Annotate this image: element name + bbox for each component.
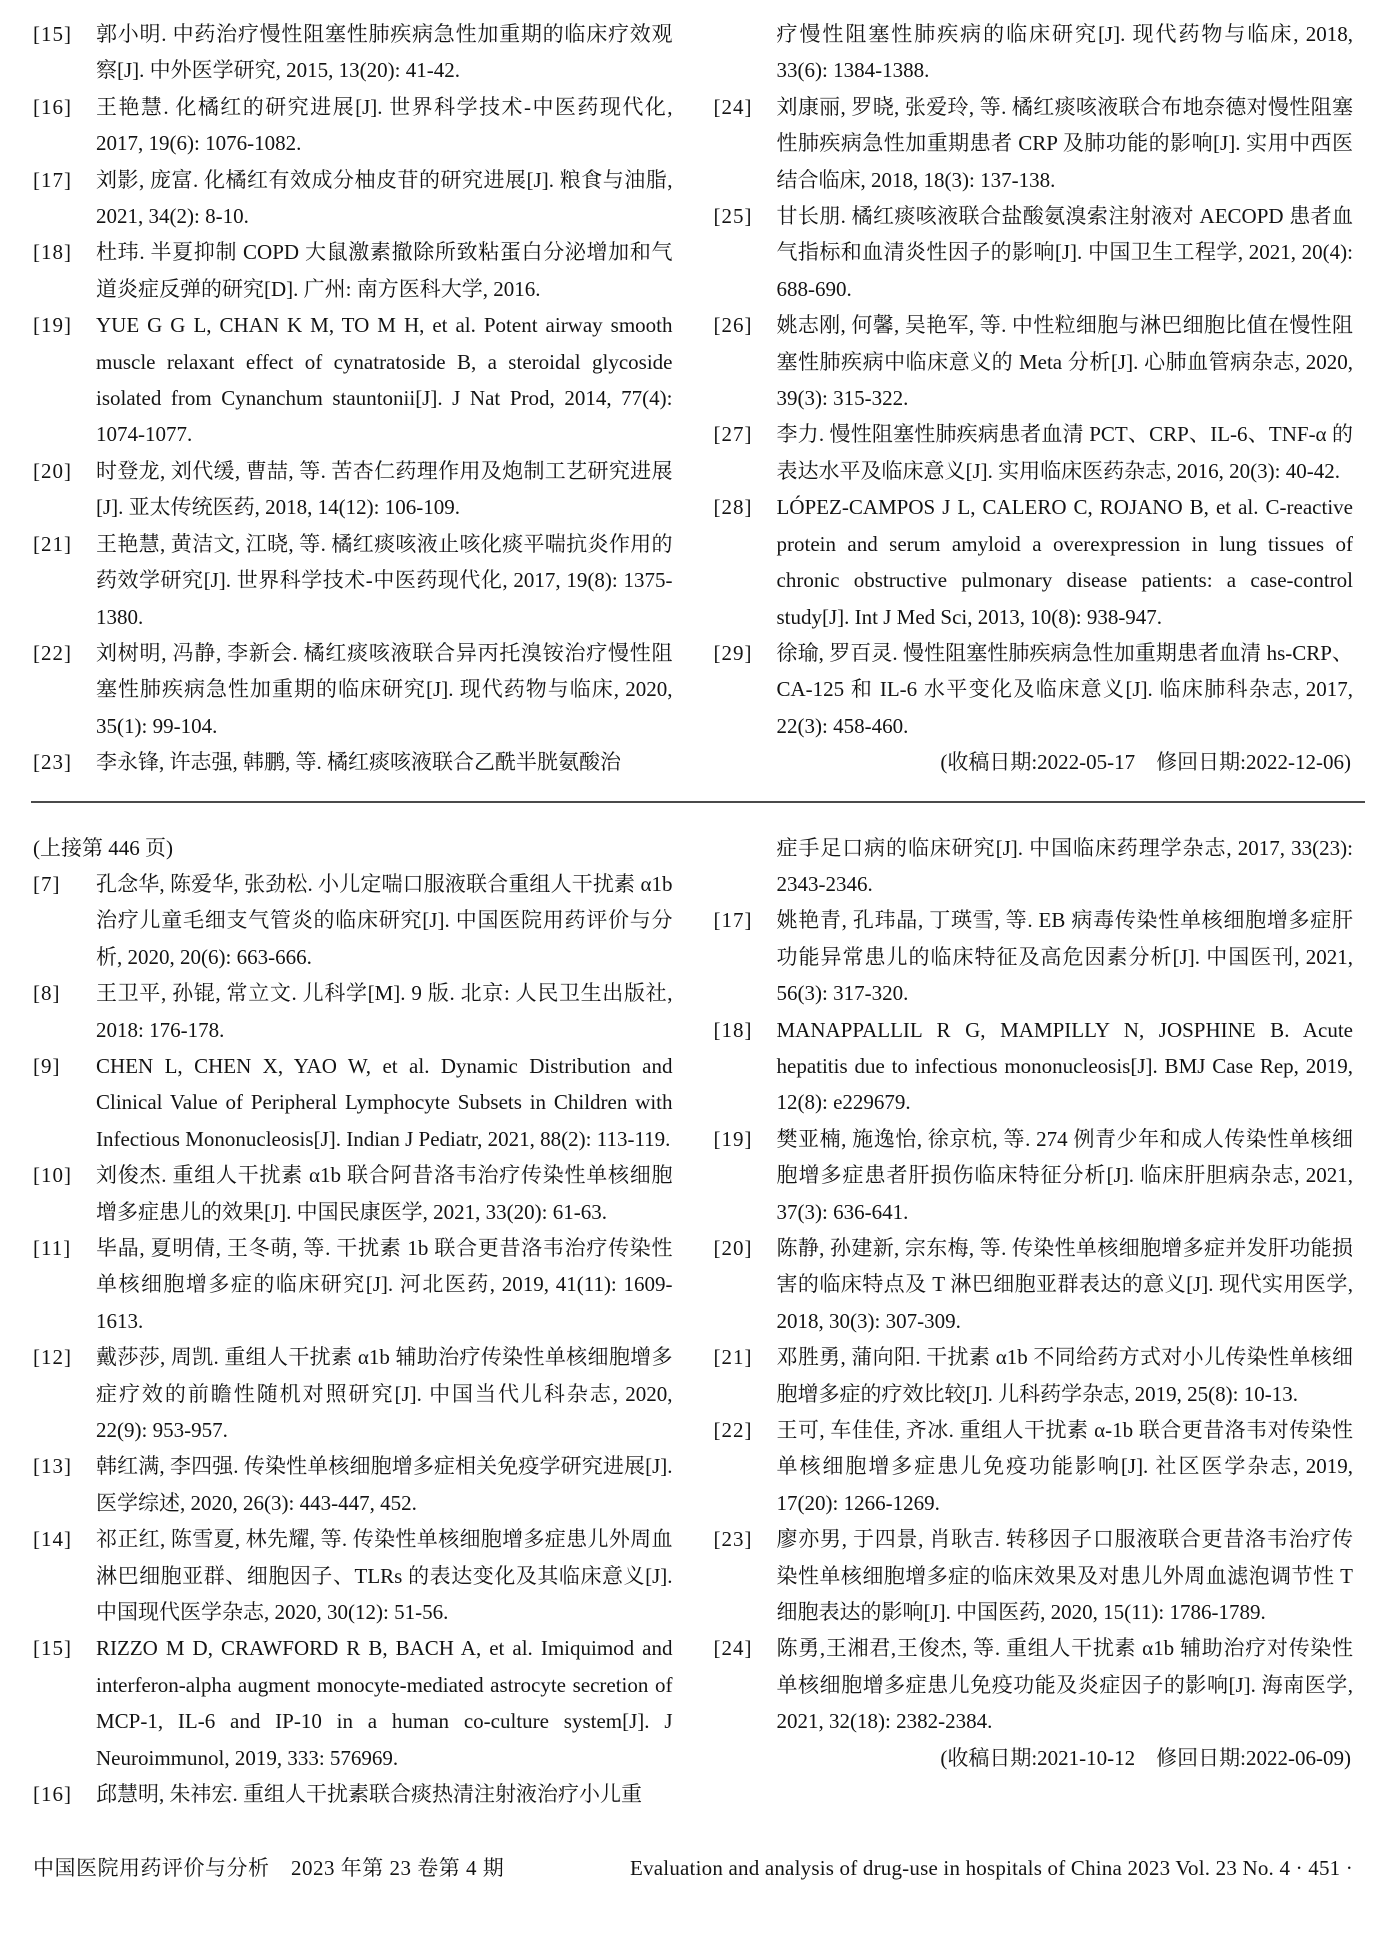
journal-page: [15] 郭小明. 中药治疗慢性阻塞性肺疾病急性加重期的临床疗效观察[J]. 中… [0, 0, 1375, 1940]
reference-number: [22] [33, 635, 72, 671]
reference-list-top-right: 疗慢性阻塞性肺疾病的临床研究[J]. 现代药物与临床, 2018, 33(6):… [714, 16, 1354, 744]
reference-number: [20] [33, 453, 72, 489]
reference-text: 邱慧明, 朱祎宏. 重组人干扰素联合痰热清注射液治疗小儿重 [96, 1782, 642, 1806]
bottom-columns: (上接第 446 页) [7] 孔念华, 陈爱华, 张劲松. 小儿定喘口服液联合… [33, 830, 1353, 1813]
reference-number: [23] [714, 1521, 753, 1557]
reference-text: 王艳慧, 黄洁文, 江晓, 等. 橘红痰咳液止咳化痰平喘抗炎作用的药效学研究[J… [96, 532, 673, 629]
reference-number: [22] [714, 1412, 753, 1448]
reference-number: [8] [33, 975, 61, 1011]
reference-number: [25] [714, 198, 753, 234]
reference-text: 疗慢性阻塞性肺疾病的临床研究[J]. 现代药物与临床, 2018, 33(6):… [777, 22, 1354, 82]
reference-item: [11] 毕晶, 夏明倩, 王冬萌, 等. 干扰素 1b 联合更昔洛韦治疗传染性… [33, 1230, 673, 1339]
reference-text: 姚志刚, 何馨, 吴艳军, 等. 中性粒细胞与淋巴细胞比值在慢性阻塞性肺疾病中临… [777, 313, 1354, 410]
reference-number: [20] [714, 1230, 753, 1266]
reference-item: [24] 刘康丽, 罗晓, 张爱玲, 等. 橘红痰咳液联合布地奈德对慢性阻塞性肺… [714, 89, 1354, 198]
reference-item: [21] 王艳慧, 黄洁文, 江晓, 等. 橘红痰咳液止咳化痰平喘抗炎作用的药效… [33, 526, 673, 635]
reference-text: CHEN L, CHEN X, YAO W, et al. Dynamic Di… [96, 1054, 673, 1151]
reference-number: [27] [714, 416, 753, 452]
reference-number: [19] [714, 1121, 753, 1157]
reference-item: [15] 郭小明. 中药治疗慢性阻塞性肺疾病急性加重期的临床疗效观察[J]. 中… [33, 16, 673, 89]
reference-number: [16] [33, 89, 72, 125]
reference-item: [18] 杜玮. 半夏抑制 COPD 大鼠激素撤除所致粘蛋白分泌增加和气道炎症反… [33, 234, 673, 307]
reference-text: 祁正红, 陈雪夏, 林先耀, 等. 传染性单核细胞增多症患儿外周血淋巴细胞亚群、… [96, 1527, 673, 1624]
reference-list-top-left: [15] 郭小明. 中药治疗慢性阻塞性肺疾病急性加重期的临床疗效观察[J]. 中… [33, 16, 673, 781]
reference-text: 李永锋, 许志强, 韩鹏, 等. 橘红痰咳液联合乙酰半胱氨酸治 [96, 750, 621, 774]
reference-text: 孔念华, 陈爱华, 张劲松. 小儿定喘口服液联合重组人干扰素 α1b 治疗儿童毛… [96, 872, 673, 969]
top-left-column: [15] 郭小明. 中药治疗慢性阻塞性肺疾病急性加重期的临床疗效观察[J]. 中… [33, 16, 673, 781]
reference-number: [19] [33, 307, 72, 343]
reference-number: [21] [714, 1339, 753, 1375]
received-revised-dates-top: (收稿日期:2022-05-17 修回日期:2022-12-06) [714, 744, 1354, 780]
reference-item: [12] 戴莎莎, 周凯. 重组人干扰素 α1b 辅助治疗传染性单核细胞增多症疗… [33, 1339, 673, 1448]
reference-item: 症手足口病的临床研究[J]. 中国临床药理学杂志, 2017, 33(23): … [714, 830, 1354, 903]
reference-item: [14] 祁正红, 陈雪夏, 林先耀, 等. 传染性单核细胞增多症患儿外周血淋巴… [33, 1521, 673, 1630]
reference-text: 邓胜勇, 蒲向阳. 干扰素 α1b 不同给药方式对小儿传染性单核细胞增多症的疗效… [777, 1345, 1354, 1405]
reference-text: 症手足口病的临床研究[J]. 中国临床药理学杂志, 2017, 33(23): … [777, 836, 1354, 896]
reference-number: [14] [33, 1521, 72, 1557]
reference-item: [17] 刘影, 庞富. 化橘红有效成分柚皮苷的研究进展[J]. 粮食与油脂, … [33, 162, 673, 235]
reference-text: 廖亦男, 于四景, 肖耿吉. 转移因子口服液联合更昔洛韦治疗传染性单核细胞增多症… [777, 1527, 1354, 1624]
reference-item: [20] 时登龙, 刘代缓, 曹喆, 等. 苦杏仁药理作用及炮制工艺研究进展[J… [33, 453, 673, 526]
reference-number: [9] [33, 1048, 61, 1084]
reference-text: 刘影, 庞富. 化橘红有效成分柚皮苷的研究进展[J]. 粮食与油脂, 2021,… [96, 168, 673, 228]
reference-text: 杜玮. 半夏抑制 COPD 大鼠激素撤除所致粘蛋白分泌增加和气道炎症反弹的研究[… [96, 240, 673, 300]
references-section-bottom: (上接第 446 页) [7] 孔念华, 陈爱华, 张劲松. 小儿定喘口服液联合… [33, 830, 1353, 1813]
reference-item: [10] 刘俊杰. 重组人干扰素 α1b 联合阿昔洛韦治疗传染性单核细胞增多症患… [33, 1157, 673, 1230]
reference-item: [13] 韩红满, 李四强. 传染性单核细胞增多症相关免疫学研究进展[J]. 医… [33, 1448, 673, 1521]
top-columns: [15] 郭小明. 中药治疗慢性阻塞性肺疾病急性加重期的临床疗效观察[J]. 中… [33, 16, 1353, 781]
reference-text: 王艳慧. 化橘红的研究进展[J]. 世界科学技术-中医药现代化, 2017, 1… [96, 95, 673, 155]
continued-from-note: (上接第 446 页) [33, 830, 673, 866]
reference-text: 姚艳青, 孔玮晶, 丁瑛雪, 等. EB 病毒传染性单核细胞增多症肝功能异常患儿… [777, 908, 1354, 1005]
reference-number: [17] [714, 902, 753, 938]
section-divider [31, 801, 1365, 803]
footer-journal-title-en-page-number: Evaluation and analysis of drug-use in h… [630, 1853, 1353, 1883]
footer-journal-title-cn: 中国医院用药评价与分析 2023 年第 23 卷第 4 期 [33, 1853, 504, 1883]
reference-number: [17] [33, 162, 72, 198]
reference-number: [15] [33, 16, 72, 52]
reference-number: [21] [33, 526, 72, 562]
reference-text: LÓPEZ-CAMPOS J L, CALERO C, ROJANO B, et… [777, 495, 1354, 628]
reference-item: [23] 李永锋, 许志强, 韩鹏, 等. 橘红痰咳液联合乙酰半胱氨酸治 [33, 744, 673, 780]
received-revised-dates-bottom: (收稿日期:2021-10-12 修回日期:2022-06-09) [714, 1740, 1354, 1776]
reference-item: [22] 刘树明, 冯静, 李新会. 橘红痰咳液联合异丙托溴铵治疗慢性阻塞性肺疾… [33, 635, 673, 744]
bottom-left-column: (上接第 446 页) [7] 孔念华, 陈爱华, 张劲松. 小儿定喘口服液联合… [33, 830, 673, 1813]
reference-number: [26] [714, 307, 753, 343]
reference-item: [21] 邓胜勇, 蒲向阳. 干扰素 α1b 不同给药方式对小儿传染性单核细胞增… [714, 1339, 1354, 1412]
reference-item: [16] 王艳慧. 化橘红的研究进展[J]. 世界科学技术-中医药现代化, 20… [33, 89, 673, 162]
reference-number: [16] [33, 1776, 72, 1812]
reference-number: [15] [33, 1630, 72, 1666]
reference-item: [8] 王卫平, 孙锟, 常立文. 儿科学[M]. 9 版. 北京: 人民卫生出… [33, 975, 673, 1048]
reference-item: [23] 廖亦男, 于四景, 肖耿吉. 转移因子口服液联合更昔洛韦治疗传染性单核… [714, 1521, 1354, 1630]
reference-list-bottom-right: 症手足口病的临床研究[J]. 中国临床药理学杂志, 2017, 33(23): … [714, 830, 1354, 1740]
reference-number: [24] [714, 1630, 753, 1666]
reference-item: [17] 姚艳青, 孔玮晶, 丁瑛雪, 等. EB 病毒传染性单核细胞增多症肝功… [714, 902, 1354, 1011]
reference-number: [18] [714, 1012, 753, 1048]
reference-number: [29] [714, 635, 753, 671]
reference-item: [28] LÓPEZ-CAMPOS J L, CALERO C, ROJANO … [714, 489, 1354, 635]
reference-text: 郭小明. 中药治疗慢性阻塞性肺疾病急性加重期的临床疗效观察[J]. 中外医学研究… [96, 22, 673, 82]
reference-item: [22] 王可, 车佳佳, 齐冰. 重组人干扰素 α-1b 联合更昔洛韦对传染性… [714, 1412, 1354, 1521]
reference-list-bottom-left: [7] 孔念华, 陈爱华, 张劲松. 小儿定喘口服液联合重组人干扰素 α1b 治… [33, 866, 673, 1813]
reference-item: [27] 李力. 慢性阻塞性肺疾病患者血清 PCT、CRP、IL-6、TNF-α… [714, 416, 1354, 489]
page-footer: 中国医院用药评价与分析 2023 年第 23 卷第 4 期 Evaluation… [33, 1853, 1353, 1883]
reference-text: 毕晶, 夏明倩, 王冬萌, 等. 干扰素 1b 联合更昔洛韦治疗传染性单核细胞增… [96, 1236, 673, 1333]
reference-item: [15] RIZZO M D, CRAWFORD R B, BACH A, et… [33, 1630, 673, 1776]
reference-number: [23] [33, 744, 72, 780]
reference-text: RIZZO M D, CRAWFORD R B, BACH A, et al. … [96, 1636, 673, 1769]
reference-text: 徐瑜, 罗百灵. 慢性阻塞性肺疾病急性加重期患者血清 hs-CRP、CA-125… [777, 641, 1354, 738]
bottom-right-column: 症手足口病的临床研究[J]. 中国临床药理学杂志, 2017, 33(23): … [714, 830, 1354, 1813]
reference-number: [18] [33, 234, 72, 270]
reference-number: [24] [714, 89, 753, 125]
reference-text: 甘长朋. 橘红痰咳液联合盐酸氨溴索注射液对 AECOPD 患者血气指标和血清炎性… [777, 204, 1354, 301]
reference-text: 陈勇,王湘君,王俊杰, 等. 重组人干扰素 α1b 辅助治疗对传染性单核细胞增多… [777, 1636, 1354, 1733]
reference-text: 刘俊杰. 重组人干扰素 α1b 联合阿昔洛韦治疗传染性单核细胞增多症患儿的效果[… [96, 1163, 673, 1223]
references-section-top: [15] 郭小明. 中药治疗慢性阻塞性肺疾病急性加重期的临床疗效观察[J]. 中… [33, 16, 1353, 781]
reference-text: 王可, 车佳佳, 齐冰. 重组人干扰素 α-1b 联合更昔洛韦对传染性单核细胞增… [777, 1418, 1354, 1515]
reference-item: [16] 邱慧明, 朱祎宏. 重组人干扰素联合痰热清注射液治疗小儿重 [33, 1776, 673, 1812]
reference-text: 刘树明, 冯静, 李新会. 橘红痰咳液联合异丙托溴铵治疗慢性阻塞性肺疾病急性加重… [96, 641, 673, 738]
reference-number: [28] [714, 489, 753, 525]
reference-item: [26] 姚志刚, 何馨, 吴艳军, 等. 中性粒细胞与淋巴细胞比值在慢性阻塞性… [714, 307, 1354, 416]
reference-text: MANAPPALLIL R G, MAMPILLY N, JOSPHINE B.… [777, 1018, 1354, 1115]
reference-item: [25] 甘长朋. 橘红痰咳液联合盐酸氨溴索注射液对 AECOPD 患者血气指标… [714, 198, 1354, 307]
reference-text: 刘康丽, 罗晓, 张爱玲, 等. 橘红痰咳液联合布地奈德对慢性阻塞性肺疾病急性加… [777, 95, 1354, 192]
reference-item: [24] 陈勇,王湘君,王俊杰, 等. 重组人干扰素 α1b 辅助治疗对传染性单… [714, 1630, 1354, 1739]
reference-number: [13] [33, 1448, 72, 1484]
reference-text: 时登龙, 刘代缓, 曹喆, 等. 苦杏仁药理作用及炮制工艺研究进展[J]. 亚太… [96, 459, 673, 519]
reference-text: 王卫平, 孙锟, 常立文. 儿科学[M]. 9 版. 北京: 人民卫生出版社, … [96, 981, 673, 1041]
reference-text: 樊亚楠, 施逸怡, 徐京杭, 等. 274 例青少年和成人传染性单核细胞增多症患… [777, 1127, 1354, 1224]
reference-item: [7] 孔念华, 陈爱华, 张劲松. 小儿定喘口服液联合重组人干扰素 α1b 治… [33, 866, 673, 975]
reference-number: [12] [33, 1339, 72, 1375]
reference-text: 陈静, 孙建新, 宗东梅, 等. 传染性单核细胞增多症并发肝功能损害的临床特点及… [777, 1236, 1354, 1333]
reference-item: [29] 徐瑜, 罗百灵. 慢性阻塞性肺疾病急性加重期患者血清 hs-CRP、C… [714, 635, 1354, 744]
reference-number: [7] [33, 866, 61, 902]
reference-item: [9] CHEN L, CHEN X, YAO W, et al. Dynami… [33, 1048, 673, 1157]
reference-text: 李力. 慢性阻塞性肺疾病患者血清 PCT、CRP、IL-6、TNF-α 的表达水… [777, 422, 1354, 482]
reference-text: 戴莎莎, 周凯. 重组人干扰素 α1b 辅助治疗传染性单核细胞增多症疗效的前瞻性… [96, 1345, 673, 1442]
reference-item: [18] MANAPPALLIL R G, MAMPILLY N, JOSPHI… [714, 1012, 1354, 1121]
reference-item: [19] YUE G G L, CHAN K M, TO M H, et al.… [33, 307, 673, 453]
reference-text: 韩红满, 李四强. 传染性单核细胞增多症相关免疫学研究进展[J]. 医学综述, … [96, 1454, 673, 1514]
reference-item: 疗慢性阻塞性肺疾病的临床研究[J]. 现代药物与临床, 2018, 33(6):… [714, 16, 1354, 89]
reference-item: [20] 陈静, 孙建新, 宗东梅, 等. 传染性单核细胞增多症并发肝功能损害的… [714, 1230, 1354, 1339]
reference-number: [11] [33, 1230, 71, 1266]
reference-item: [19] 樊亚楠, 施逸怡, 徐京杭, 等. 274 例青少年和成人传染性单核细… [714, 1121, 1354, 1230]
top-right-column: 疗慢性阻塞性肺疾病的临床研究[J]. 现代药物与临床, 2018, 33(6):… [714, 16, 1354, 781]
reference-text: YUE G G L, CHAN K M, TO M H, et al. Pote… [96, 313, 673, 446]
reference-number: [10] [33, 1157, 72, 1193]
